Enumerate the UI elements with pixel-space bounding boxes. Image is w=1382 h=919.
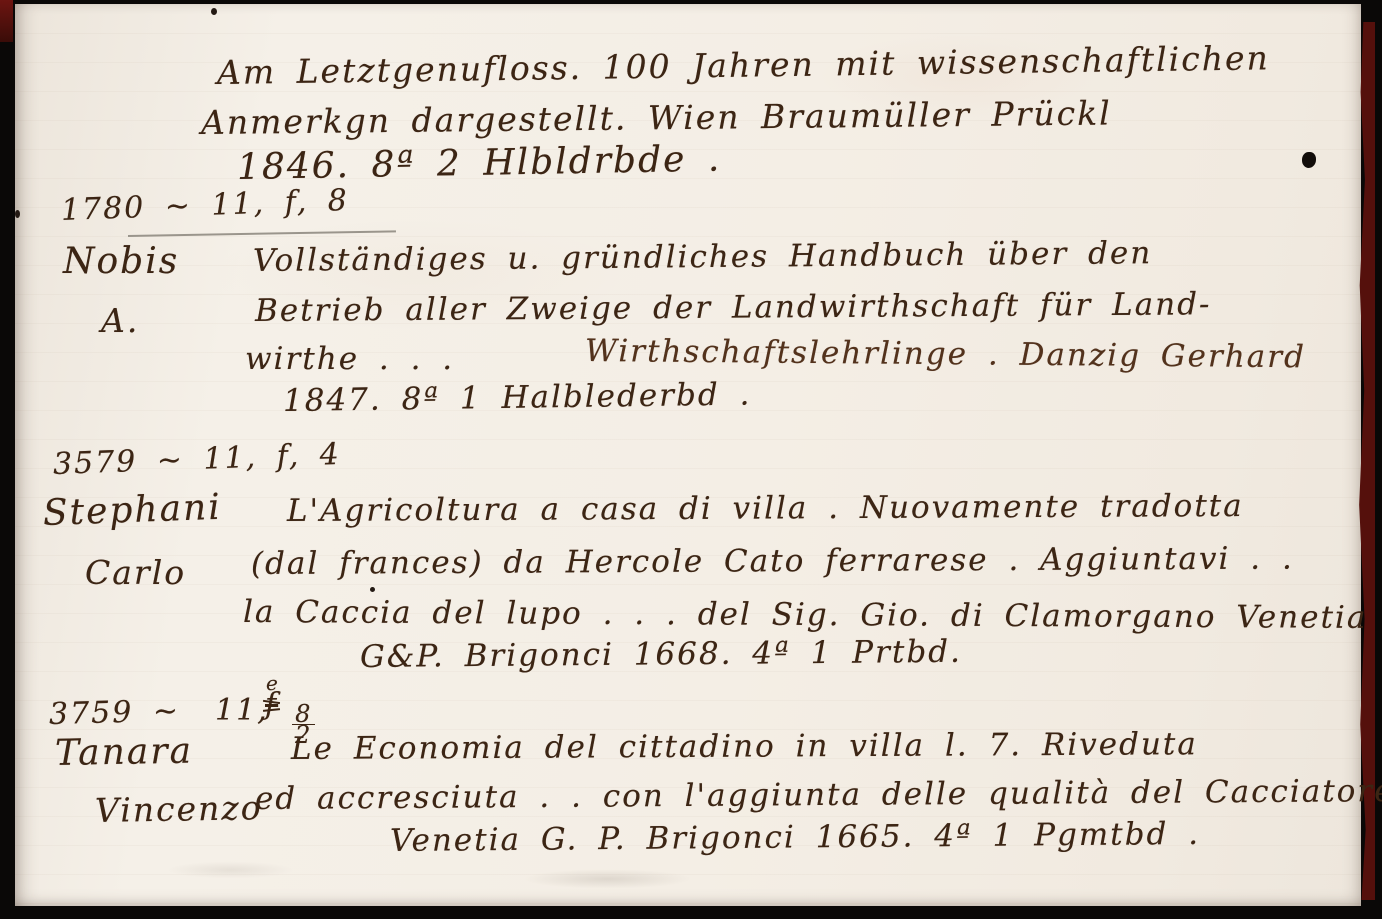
title-line: Wirthschaftslehrlinge . Danzig Gerhard	[585, 336, 1306, 373]
paper-speck	[370, 587, 375, 592]
pencil-underline	[128, 230, 396, 237]
title-line: Le Economia del cittadino in villa l. 7.…	[291, 729, 1198, 765]
title-line: (dal frances) da Hercole Cato ferrarese …	[251, 544, 1294, 580]
catalog-page: Am Letztgenufloss. 100 Jahren mit wissen…	[15, 4, 1361, 906]
author-surname: Nobis	[63, 244, 179, 280]
author-forename: Carlo	[85, 556, 186, 589]
title-line: la Caccia del lupo . . . del Sig. Gio. d…	[243, 597, 1368, 634]
shelfmark-number: 3759 ~	[49, 697, 181, 730]
shelfmark: 1780 ~ 11, f, 8	[60, 186, 349, 226]
author-forename: Vincenzo	[95, 791, 263, 827]
author-surname: Stephani	[42, 490, 222, 532]
title-line: Vollständiges u. gründliches Handbuch üb…	[253, 238, 1152, 277]
title-line: L'Agricoltura a casa di villa . Nuovamen…	[287, 491, 1244, 527]
continuation-line: Anmerkgn dargestellt. Wien Braumüller Pr…	[201, 96, 1112, 139]
title-line: ed accresciuta . . con l'aggiunta delle …	[255, 776, 1382, 815]
imprint-line: 1847. 8ª 1 Halblederbd .	[283, 379, 752, 417]
torn-binding-edge	[1357, 22, 1375, 900]
correction-letter: e	[266, 673, 280, 693]
ink-spot	[1302, 152, 1316, 168]
imprint-line: G&P. Brigonci 1668. 4ª 1 Prtbd.	[360, 637, 962, 673]
shelfmark: 3579 ~ 11, f, 4	[52, 440, 341, 480]
author-surname: Tanara	[55, 734, 194, 772]
binding-remnant-top-left	[0, 0, 13, 42]
imprint-line: Venetia G. P. Brigonci 1665. 4ª 1 Pgmtbd…	[390, 819, 1200, 857]
title-line: wirthe . . .	[245, 344, 454, 375]
shelfmark-group: 11,	[215, 696, 269, 726]
paper-speck	[211, 8, 217, 15]
title-line: Betrieb aller Zweige der Landwirthschaft…	[255, 289, 1212, 327]
paper-speck	[15, 210, 20, 218]
author-initial: A.	[101, 304, 139, 337]
continuation-imprint-line: 1846. 8ª 2 Hlbldrbde .	[237, 142, 722, 186]
continuation-line: Am Letztgenufloss. 100 Jahren mit wissen…	[217, 41, 1270, 89]
